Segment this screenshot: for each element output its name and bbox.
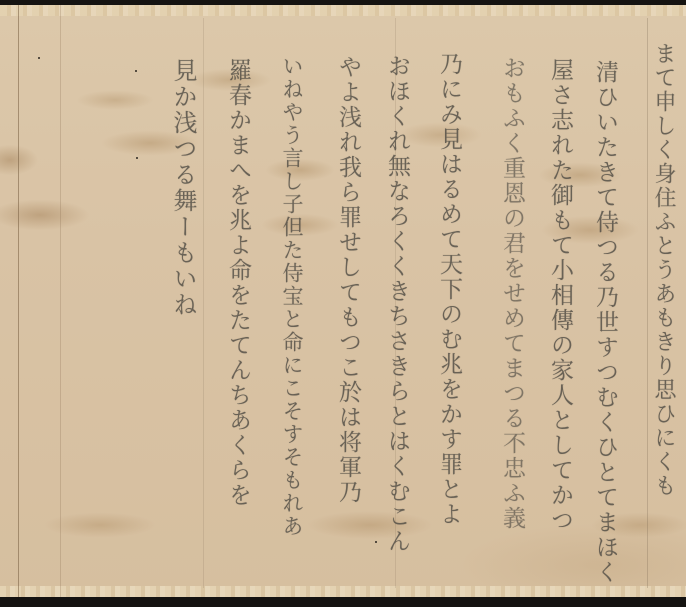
ruled-line [203,18,204,588]
text-column-10: 見か浅つる舞ーもいね [171,58,195,318]
text-column-1: まて申しく身住ふとうあもきり思ひにくも [652,42,674,498]
scroll-photograph: まて申しく身住ふとうあもきり思ひにくも 清ひいたきて侍つる乃世すつむくひとてまほ… [0,0,686,607]
ink-speck [136,157,138,159]
text-column-3: 屋さ志れた御もて小相傳の家人としてかつ [548,58,571,533]
text-column-2: 清ひいたきて侍つる乃世すつむくひとてまほく [593,60,616,585]
bottom-mounting-edge [0,586,686,597]
ink-speck [375,541,377,543]
text-column-8: いねやう言し子但た侍宝と命にこそすそもれあ [281,55,302,538]
ruled-line [647,18,648,588]
text-column-7: やよ浅れ我ら罪せしてもつこ於は将軍乃 [336,55,359,505]
text-column-5: 乃にみ見はるめて天下のむ兆をかす罪とよ [437,52,460,527]
text-column-9: 羅春かまへを兆よ命をたてんちあくらを [226,58,249,508]
paper-seam-line [18,5,19,597]
paper-seam-line [60,5,61,597]
text-column-6: おほくれ無なろくくきちさきらとはくむこん [385,54,408,554]
ink-speck [135,70,137,72]
text-column-4: おもふく重恩の君をせめてまつる不忠ふ義 [500,56,523,531]
top-mounting-edge [0,5,686,16]
ink-speck [38,57,40,59]
